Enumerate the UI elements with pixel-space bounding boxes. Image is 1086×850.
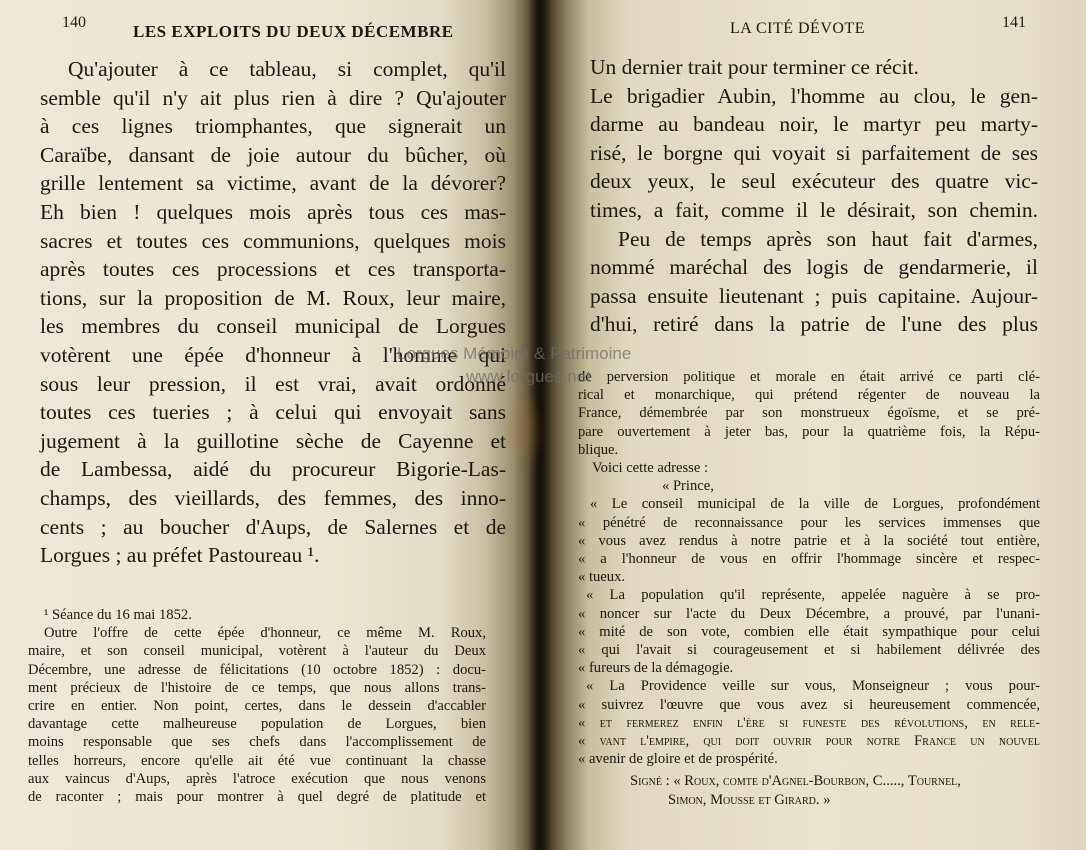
signature-line: Simon, Mousse et Girard. » [578,791,1040,809]
footnote-line: crire en entier. Non point, certes, dans… [28,697,486,715]
footnote-line: de perversion politique et morale en éta… [578,368,1040,386]
text-line: à ces lignes triomphantes, que signerait… [40,112,506,141]
text-line: nommé maréchal des logis de gendarmerie,… [590,253,1038,282]
text-line: times, a fait, comme il le désirait, son… [590,196,1038,225]
paper-stain [505,390,545,470]
footnote-line: Décembre, une adresse de félicitations (… [28,661,486,679]
text-line: votèrent une épée d'honneur à l'homme qu… [40,341,506,370]
footnote-line: « mité de son vote, combien elle était s… [578,623,1040,641]
footnote-line: telles horreurs, encore qu'elle ait été … [28,752,486,770]
footnote-continued: de perversion politique et morale en éta… [578,368,1040,809]
footnote-line: « avenir de gloire et de prospérité. [578,750,1040,768]
footnote-line: « La population qu'il représente, appelé… [578,586,1040,604]
text-line: d'hui, retiré dans la patrie de l'une de… [590,310,1038,339]
text-line: Caraïbe, dansant de joie autour du bûche… [40,141,506,170]
signature-line: Signé : « Roux, comte d'Agnel-Bourbon, C… [578,772,1040,790]
footnote-line: moins responsable que ses chefs dans l'a… [28,733,486,751]
footnote-line: Voici cette adresse : [578,459,1040,477]
running-head: LA CITÉ DÉVOTE [730,20,865,38]
footnote-line: « fureurs de la démagogie. [578,659,1040,677]
text-line: sous leur pression, il est vrai, avait o… [40,370,506,399]
footnote-line: « Le conseil municipal de la ville de Lo… [578,495,1040,513]
text-line: deux yeux, le seul exécuteur des quatre … [590,167,1038,196]
text-line: risé, le borgne qui voyait si parfaiteme… [590,139,1038,168]
running-head: LES EXPLOITS DU DEUX DÉCEMBRE [133,22,454,42]
text-line: tions, sur la proposition de M. Roux, le… [40,284,506,313]
text-line: sacres et toutes ces communions, quelque… [40,227,506,256]
text-line: Le brigadier Aubin, l'homme au clou, le … [590,82,1038,111]
footnote-line: « et fermerez enfin l'ère si funeste des… [578,714,1040,732]
book-spread: 140 LES EXPLOITS DU DEUX DÉCEMBRE Qu'ajo… [0,0,1086,850]
footnote-line: ¹ Séance du 16 mai 1852. [28,606,486,624]
footnote-line: France, démembrée par son monstrueux égo… [578,404,1040,422]
text-line: de Lambessa, aidé du procureur Bigorie-L… [40,455,506,484]
footnote-line: de raconter ; mais pour montrer à quel d… [28,788,486,806]
footnote-line: Outre l'offre de cette épée d'honneur, c… [28,624,486,642]
footnote-line: blique. [578,441,1040,459]
footnote-line: aux vaincus d'Aups, après l'atroce exécu… [28,770,486,788]
footnote-line: « a l'honneur de vous en offrir l'hommag… [578,550,1040,568]
text-line: semble qu'il n'y ait plus rien à dire ? … [40,84,506,113]
text-line: passa ensuite lieutenant ; puis capitain… [590,282,1038,311]
text-line: darme au bandeau noir, le martyr peu mar… [590,110,1038,139]
main-text: Qu'ajouter à ce tableau, si complet, qu'… [40,55,506,570]
footnote-line: « pénétré de reconnaissance pour les ser… [578,514,1040,532]
footnote-line: « vous avez rendus à notre patrie et à l… [578,532,1040,550]
footnote-line: maire, et son conseil municipal, votèren… [28,642,486,660]
text-line: toutes ces tueries ; à celui qui envoyai… [40,398,506,427]
footnote-line: « La Providence veille sur vous, Monseig… [578,677,1040,695]
footnote-line: davantage cette malheureuse population d… [28,715,486,733]
page-number: 141 [1002,14,1026,32]
text-line: Eh bien ! quelques mois après tous ces m… [40,198,506,227]
text-line: les membres du conseil municipal de Lorg… [40,312,506,341]
text-line: Lorgues ; au préfet Pastoureau ¹. [40,541,506,570]
text-line: jugement à la guillotine sèche de Cayenn… [40,427,506,456]
text-line: champs, des vieillards, des femmes, des … [40,484,506,513]
footnote-line: « Prince, [578,477,1040,495]
main-text: Un dernier trait pour terminer ce récit.… [590,53,1038,339]
page-number: 140 [62,14,86,32]
footnote-line: ment précieux de l'histoire de ce temps,… [28,679,486,697]
footnote-line: « suivrez l'œuvre que vous avez si heure… [578,696,1040,714]
footnote-line: « vant l'empire, qui doit ouvrir pour no… [578,732,1040,750]
text-line: grille lentement sa victime, avant de la… [40,169,506,198]
footnote-line: « qui l'avait si courageusement et si ha… [578,641,1040,659]
footnote-line: pare ouvertement à jeter bas, pour la qu… [578,423,1040,441]
text-line: cents ; au boucher d'Aups, de Salernes e… [40,513,506,542]
footnote-line: « noncer sur l'acte du Deux Décembre, a … [578,605,1040,623]
text-line: Un dernier trait pour terminer ce récit. [590,53,1038,82]
footnote: ¹ Séance du 16 mai 1852. Outre l'offre d… [28,606,486,806]
footnote-line: « tueux. [578,568,1040,586]
text-line: Peu de temps après son haut fait d'armes… [590,225,1038,254]
footnote-line: rical et monarchique, qui prétend régent… [578,386,1040,404]
text-line: après toutes ces processions et ces tran… [40,255,506,284]
right-page: LA CITÉ DÉVOTE 141 Un dernier trait pour… [540,0,1086,850]
left-page: 140 LES EXPLOITS DU DEUX DÉCEMBRE Qu'ajo… [0,0,540,850]
text-line: Qu'ajouter à ce tableau, si complet, qu'… [40,55,506,84]
